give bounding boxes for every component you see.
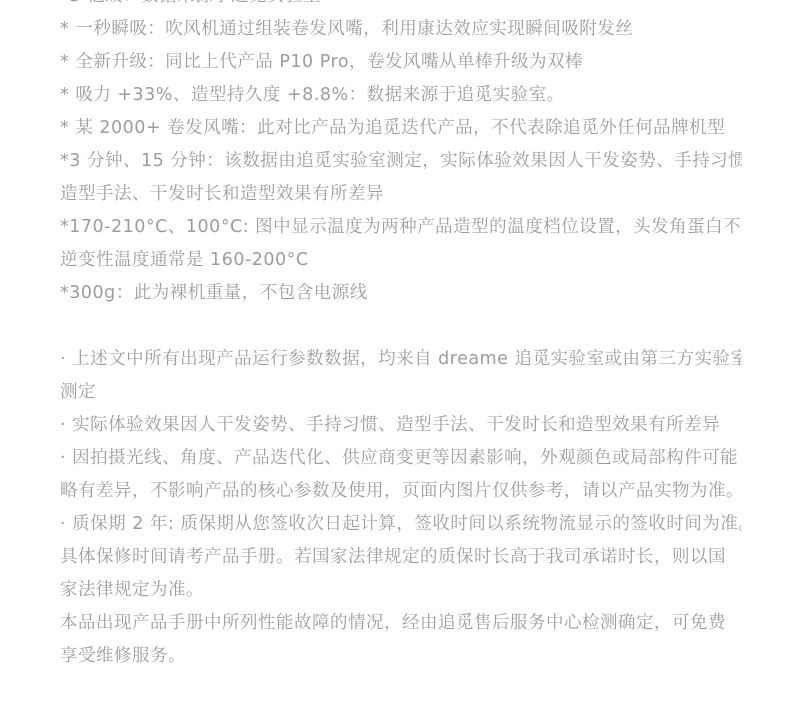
note-line: 略有差异，不影响产品的核心参数及使用，页面内图片仅供参考，请以产品实物为准。 (60, 475, 742, 508)
note-line: * 吸力 +33%、造型持久度 +8.8%：数据来源于追觅实验室。 (60, 79, 742, 112)
note-line: 逆变性温度通常是 160-200°C (60, 244, 742, 277)
note-line: 本品出现产品手册中所列性能故障的情况，经由追觅售后服务中心检测确定，可免费 (60, 607, 742, 640)
note-line-clipped: *3 亿级：数据来源于追觅实验室 (60, 0, 742, 13)
bullet-notes-block: · 上述文中所有出现产品运行参数数据，均来自 dreame 追觅实验室或由第三方… (60, 343, 742, 673)
note-line: · 质保期 2 年: 质保期从您签收次日起计算，签收时间以系统物流显示的签收时间… (60, 508, 742, 541)
asterisk-notes-block: * 一秒瞬吸：吹风机通过组装卷发风嘴，利用康达效应实现瞬间吸附发丝 * 全新升级… (60, 13, 742, 310)
note-line: 家法律规定为准。 (60, 574, 742, 607)
disclaimer-notes-section: *3 亿级：数据来源于追觅实验室 * 一秒瞬吸：吹风机通过组装卷发风嘴，利用康达… (0, 0, 790, 673)
section-gap (60, 310, 742, 343)
note-line: 享受维修服务。 (60, 640, 742, 673)
note-line: * 一秒瞬吸：吹风机通过组装卷发风嘴，利用康达效应实现瞬间吸附发丝 (60, 13, 742, 46)
note-line: *300g：此为裸机重量，不包含电源线 (60, 277, 742, 310)
note-line: *170-210°C、100°C: 图中显示温度为两种产品造型的温度档位设置，头… (60, 211, 742, 244)
note-line: · 因拍摄光线、角度、产品迭代化、供应商变更等因素影响，外观颜色或局部构件可能 (60, 442, 742, 475)
note-line: · 实际体验效果因人干发姿势、手持习惯、造型手法、干发时长和造型效果有所差异 (60, 409, 742, 442)
note-line: 测定 (60, 376, 742, 409)
note-line: * 全新升级：同比上代产品 P10 Pro，卷发风嘴从单棒升级为双棒 (60, 46, 742, 79)
note-line: *3 分钟、15 分钟：该数据由追觅实验室测定，实际体验效果因人干发姿势、手持习… (60, 145, 742, 178)
note-line: 具体保修时间请考产品手册。若国家法律规定的质保时长高于我司承诺时长，则以国 (60, 541, 742, 574)
note-line: * 某 2000+ 卷发风嘴：此对比产品为追觅迭代产品，不代表除追觅外任何品牌机… (60, 112, 742, 145)
note-line: · 上述文中所有出现产品运行参数数据，均来自 dreame 追觅实验室或由第三方… (60, 343, 742, 376)
note-line: 造型手法、干发时长和造型效果有所差异 (60, 178, 742, 211)
